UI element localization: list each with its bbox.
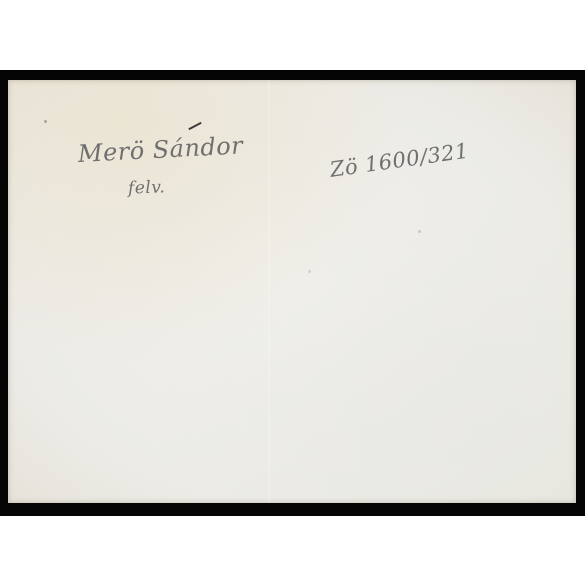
handwritten-abbreviation: felv. bbox=[128, 177, 166, 198]
paper-crease bbox=[8, 290, 576, 291]
photo-back-paper: Merö Sándor felv. Zö 1600/321 bbox=[8, 80, 576, 503]
handwritten-reference-number: Zö 1600/321 bbox=[328, 139, 470, 182]
photo-frame-background: Merö Sándor felv. Zö 1600/321 bbox=[0, 70, 585, 516]
paper-speck bbox=[418, 230, 421, 233]
handwritten-accent-mark bbox=[188, 122, 201, 130]
paper-speck bbox=[44, 120, 47, 123]
handwritten-name: Merö Sándor bbox=[77, 131, 244, 168]
paper-crease bbox=[268, 80, 270, 503]
paper-speck bbox=[308, 270, 311, 273]
